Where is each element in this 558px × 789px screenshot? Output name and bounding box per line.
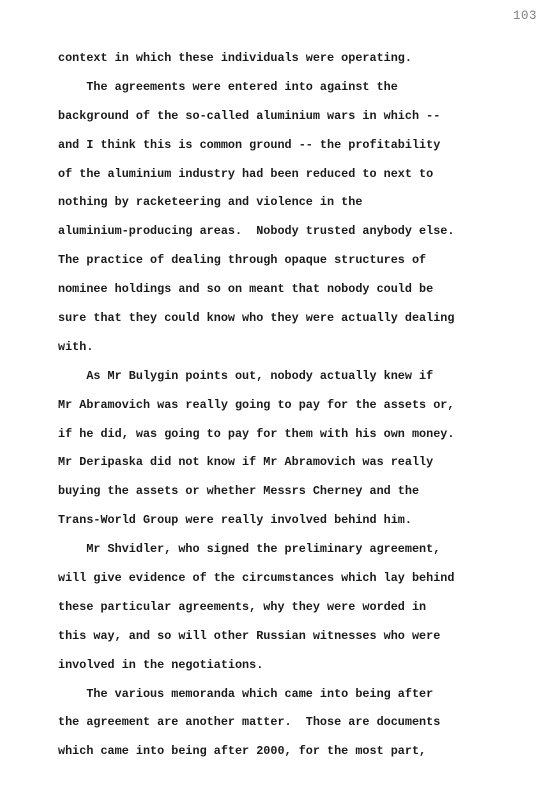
transcript-line: this way, and so will other Russian witn… [58, 622, 538, 651]
transcript-body: context in which these individuals were … [58, 44, 538, 766]
transcript-line: of the aluminium industry had been reduc… [58, 160, 538, 189]
transcript-line: the agreement are another matter. Those … [58, 708, 538, 737]
transcript-line: and I think this is common ground -- the… [58, 131, 538, 160]
transcript-line: background of the so-called aluminium wa… [58, 102, 538, 131]
transcript-line: nothing by racketeering and violence in … [58, 188, 538, 217]
transcript-line: will give evidence of the circumstances … [58, 564, 538, 593]
transcript-line: context in which these individuals were … [58, 44, 538, 73]
transcript-line: As Mr Bulygin points out, nobody actuall… [58, 362, 538, 391]
page-number: 103 [513, 9, 537, 23]
transcript-line: buying the assets or whether Messrs Cher… [58, 477, 538, 506]
transcript-line: Mr Deripaska did not know if Mr Abramovi… [58, 448, 538, 477]
transcript-line: these particular agreements, why they we… [58, 593, 538, 622]
transcript-line: which came into being after 2000, for th… [58, 737, 538, 766]
document-page: 103 context in which these individuals w… [0, 0, 558, 789]
transcript-line: The practice of dealing through opaque s… [58, 246, 538, 275]
transcript-line: aluminium-producing areas. Nobody truste… [58, 217, 538, 246]
transcript-line: involved in the negotiations. [58, 651, 538, 680]
transcript-line: Mr Shvidler, who signed the preliminary … [58, 535, 538, 564]
transcript-line: Trans-World Group were really involved b… [58, 506, 538, 535]
transcript-line: with. [58, 333, 538, 362]
transcript-line: The agreements were entered into against… [58, 73, 538, 102]
transcript-line: sure that they could know who they were … [58, 304, 538, 333]
transcript-line: nominee holdings and so on meant that no… [58, 275, 538, 304]
transcript-line: Mr Abramovich was really going to pay fo… [58, 391, 538, 420]
transcript-line: if he did, was going to pay for them wit… [58, 420, 538, 449]
transcript-line: The various memoranda which came into be… [58, 680, 538, 709]
